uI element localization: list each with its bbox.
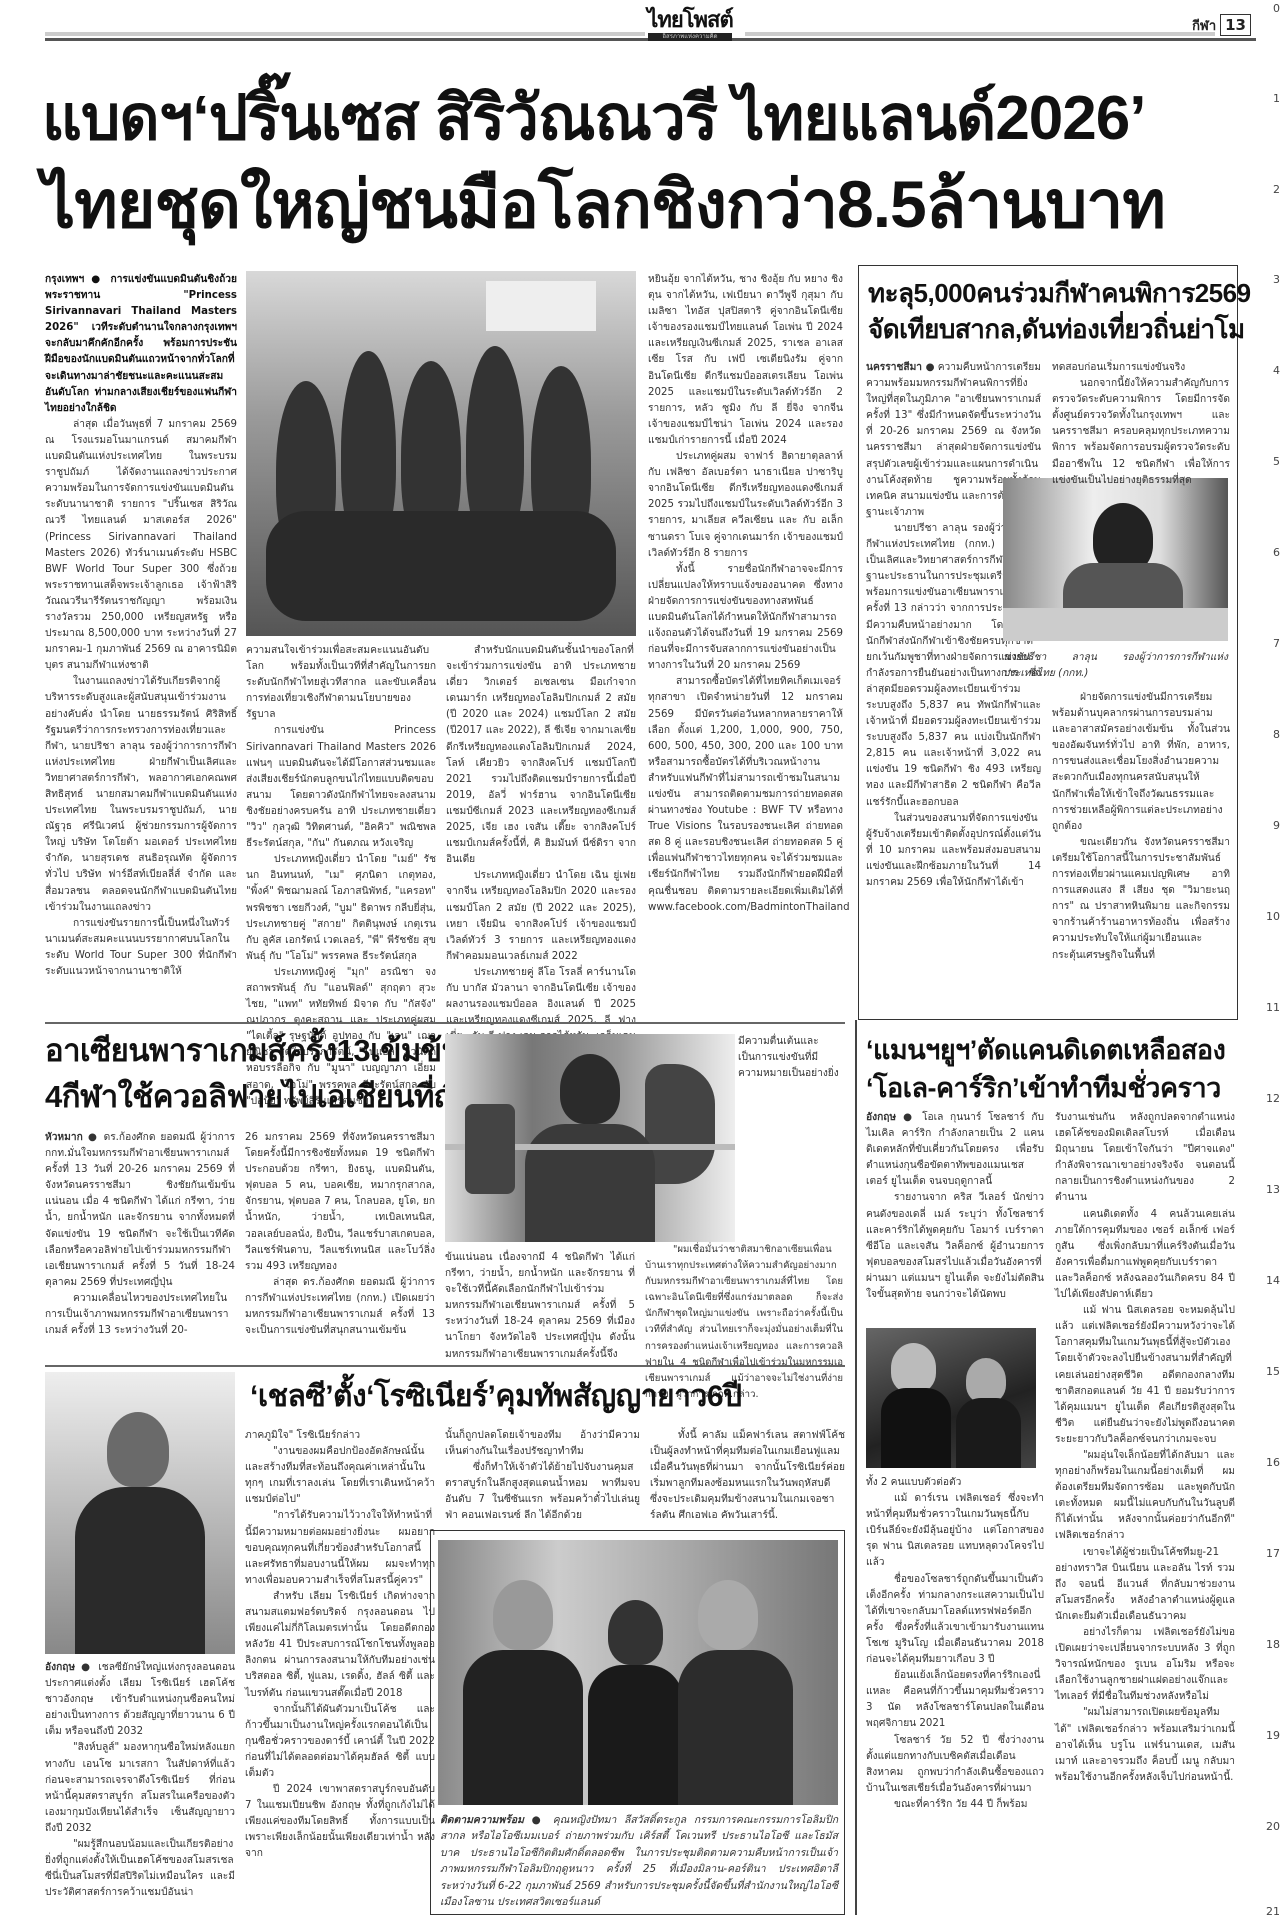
paragraph: ภาคภูมิใจ" โรซิเนียร์กล่าว [245,1428,435,1444]
paragraph: ล่าสุด ดร.ก้องศักด ยอดมณี ผู้ว่าการการกี… [245,1275,435,1339]
asean-para-column-3: ข้นแน่นอน เนื่องจากมี 4 ชนิดกีฬา ได้แก่ … [445,1250,635,1363]
row-number: 4 [1273,364,1280,377]
paragraph: สามารถซื้อบัตรได้ที่ไทยทิคเก็ตเมเจอร์ทุก… [648,674,843,915]
paragraph: อังกฤษ ● เชลซียักษ์ใหญ่แห่งกรุงลอนดอน ปร… [45,1660,235,1740]
man-utd-column-1: อังกฤษ ● โอเล กุนนาร์ โซลชาร์ กับไมเคิล … [866,1110,1044,1303]
row-number: 21 [1266,1905,1280,1918]
logo-title: ไทยโพสต์ [640,8,740,32]
man-utd-column-1-lower: ทั้ง 2 คนแบบตัวต่อตัว แม้ ดาร์เรน เฟลิตเ… [866,1475,1044,1813]
paragraph: อย่างไรก็ตาม เฟลิตเชอร์ยังไม่ขอเปิดเผยว่… [1055,1625,1235,1705]
row-number: 7 [1273,637,1280,650]
paragraph: ซึ่งก็ทำให้เจ้าตัวได้ย้ายไปจับงานคุมสตรา… [445,1460,640,1524]
banner-letter [645,1064,715,1184]
row-number: 18 [1266,1638,1280,1651]
row-number: 15 [1266,1365,1280,1378]
para-games-headline-line1: ทะลุ5,000คนร่วมกีฬาคนพิการ2569 [868,276,1251,310]
asean-para-headline-line1: อาเซียนพาราเกมส์ครั้ง13เข้มข้นแน่ [45,1030,502,1072]
lead-story-column-4: หยินอุ้ย จากไต้หวัน, ชาง ชิงอุ้ย กับ หยา… [648,272,843,916]
paragraph: รายงานจาก คริส วีเลอร์ นักข่าวคนดังของเด… [866,1190,1044,1303]
section-label: กีฬา 13 [1192,14,1251,36]
paragraph: ทั้ง 2 คนแบบตัวต่อตัว [866,1475,1044,1491]
rosenior-portrait-photo [45,1372,235,1654]
lead-paragraph: กรุงเทพฯ ● การแข่งขันแบดมินตันชิงถ้วยพระ… [45,272,237,417]
section-name: กีฬา [1192,15,1216,36]
row-number: 6 [1273,546,1280,559]
paragraph: แม้ ฟาน นิสเตลรอย จะหมดลุ้นไปแล้ว แต่เฟล… [1055,1303,1235,1448]
paragraph: แม้ ดาร์เรน เฟลิตเชอร์ ซึ่งจะทำหน้าที่คุ… [866,1491,1044,1571]
row-number: 13 [1266,1183,1280,1196]
ioc-meeting-photo [438,1540,838,1805]
dateline: หัวหมาก ● [45,1132,99,1143]
asean-para-column-2: 26 มกราคม 2569 ที่จังหวัดนครราชสีมา โดยค… [245,1130,435,1339]
row-number: 0 [1273,2,1280,15]
man-utd-headline-line1: ‘แมนฯยูฯ’ตัดแคนดิเดตเหลือสอง [866,1032,1225,1068]
official-photo-caption: นายปรีชา ลาลุน รองผู้ว่าการการกีฬาแห่งปร… [1003,650,1228,682]
row-number: 14 [1266,1274,1280,1287]
paragraph: ทั้งนี้ รายชื่อนักกีฬาอาจจะมีการเปลี่ยนแ… [648,562,843,675]
chelsea-column-1: อังกฤษ ● เชลซียักษ์ใหญ่แห่งกรุงลอนดอน ปร… [45,1660,235,1901]
asean-para-column-4: มีความตื่นเต้นและเป็นการแข่งขันที่มีความ… [738,1034,843,1082]
paragraph: หัวหมาก ● ดร.ก้องศักด ยอดมณี ผู้ว่าการ ก… [45,1130,235,1291]
event-banner [486,281,596,331]
lead-story-column-1: กรุงเทพฯ ● การแข่งขันแบดมินตันชิงถ้วยพระ… [45,272,237,980]
row-number: 5 [1273,455,1280,468]
paragraph: ประเภทคู่ผสม จาฟาร์ ฮิดายาตุลลาห์ กับ เฟ… [648,449,843,562]
paragraph: ในงานแถลงข่าวได้รับเกียรติจากผู้บริหารระ… [45,674,237,915]
row-number: 2 [1273,183,1280,196]
para-games-headline-line2: จัดเทียบสากล,ดันท่องเที่ยวถิ่นย่าโม [868,312,1245,346]
paragraph: โซลชาร์ วัย 52 ปี ซึ่งว่างงานตั้งแต่แยกท… [866,1733,1044,1797]
dateline: อังกฤษ ● [866,1112,915,1123]
paragraph: ขณะเดียวกัน จังหวัดนครราชสีมาเตรียมใช้โอ… [1052,835,1230,964]
chelsea-column-2: ภาคภูมิใจ" โรซิเนียร์กล่าว "งานของผมคือป… [245,1428,435,1863]
paragraph: นอกจากนี้ยังให้ความสำคัญกับการตรวจวัดระด… [1052,376,1230,489]
row-number: 16 [1266,1456,1280,1469]
weightlifter-photo [445,1034,735,1242]
row-number: 17 [1266,1547,1280,1560]
row-number: 9 [1273,819,1280,832]
paragraph: ฝ่ายจัดการแข่งขันมีการเตรียมพร้อมด้านบุค… [1052,690,1230,835]
paragraph: "งานของผมคือปกป้องอัตลักษณ์นั้น และสร้าง… [245,1444,435,1508]
chelsea-column-4: ทั้งนี้ คาลัม แม็คฟาร์เลน สตาฟฟ์โค้ช เป็… [650,1428,845,1525]
dateline: กรุงเทพฯ ● [45,274,104,285]
paragraph: ชื่อของโซลชาร์ถูกดันขึ้นมาเป็นตัวเต็งอีก… [866,1572,1044,1669]
paragraph: การแข่งขัน Princess Sirivannavari Thaila… [246,723,436,852]
logo-subtitle: อิสรภาพแห่งความคิด [648,33,732,41]
lead-headline-line1: แบดฯ‘ปริ๊นเซส สิริวัณณวรี ไทยแลนด์2026’ [42,80,1145,158]
chelsea-headline: ‘เชลซี’ตั้ง‘โรซิเนียร์’คุมทัพสัญญายาว6ปี [250,1375,742,1419]
paragraph: "สิงห์บลูส์" มองหากุนซือใหม่หลังแยกทางกั… [45,1740,235,1837]
asean-para-headline-line2: 4กีฬาใช้ควอลิฟายไปเอเชียนที่ญี่ปุ่น [45,1076,500,1118]
paragraph: อังกฤษ ● โอเล กุนนาร์ โซลชาร์ กับไมเคิล … [866,1110,1044,1190]
official-meeting-photo [1003,478,1228,641]
row-number: 11 [1266,1001,1280,1014]
row-number: 8 [1273,728,1280,741]
man-utd-column-2: รับงานเช่นกัน หลังถูกปลดจากตำแหน่งเฮดโค้… [1055,1110,1235,1786]
paragraph: ทั้งนี้ คาลัม แม็คฟาร์เลน สตาฟฟ์โค้ช เป็… [650,1428,845,1525]
paragraph: ความเคลื่อนไหวของประเทศไทยในการเป็นเจ้าภ… [45,1291,235,1339]
paragraph: นั้นก็ถูกปลดโดยเจ้าของทีม อ้างว่ามีความเ… [445,1428,640,1460]
paragraph: ความสนใจเข้าร่วมเพื่อสะสมคะแนนอันดับโลก … [246,643,436,723]
paragraph: ขณะที่คาร์ริก วัย 44 ปี ก็พร้อม [866,1797,1044,1813]
caption-text: คุณหญิงปัทมา ลีสวัสดิ์ตระกูล กรรมการคณะก… [440,1814,838,1908]
paragraph: "ผมอุ่นใจเล็กน้อยที่ได้กลับมา และทุกอย่า… [1055,1448,1235,1545]
man-utd-coaches-photo [866,1328,1036,1468]
paragraph: "ผมรู้สึกนอบน้อมและเป็นเกียรติอย่างยิ่งท… [45,1837,235,1901]
lead-headline-line2: ไทยชุดใหญ่ชนมือโลกชิงกว่า8.5ล้านบาท [42,165,1165,243]
column-divider [855,1020,857,1915]
para-games-column-2: ทดสอบก่อนเริ่มการแข่งขันจริง นอกจากนี้ยั… [1052,360,1230,489]
asean-para-column-1: หัวหมาก ● ดร.ก้องศักด ยอดมณี ผู้ว่าการ ก… [45,1130,235,1339]
paragraph: สำหรับนักแบดมินตันชั้นนำของโลกที่จะเข้าร… [446,643,636,868]
caption-label: ติดตามความพร้อม [440,1814,524,1826]
paragraph: จากนั้นก็ได้ผันตัวมาเป็นโค้ช และก้าวขึ้น… [245,1702,435,1782]
chelsea-column-3: นั้นก็ถูกปลดโดยเจ้าของทีม อ้างว่ามีความเ… [445,1428,640,1525]
paragraph: "ผมไม่สามารถเปิดเผยข้อมูลทีมได้" เฟลิตเช… [1055,1705,1235,1785]
masthead-bar-right [745,32,1215,36]
paragraph: ข้นแน่นอน เนื่องจากมี 4 ชนิดกีฬา ได้แก่ … [445,1250,635,1363]
page-number: 13 [1220,14,1251,36]
row-number: 20 [1266,1820,1280,1833]
paragraph: ปี 2024 เขาพาสตราสบูร์กจบอันดับ 7 ในแชมเ… [245,1782,435,1862]
row-number: 10 [1266,910,1280,923]
paragraph: มีความตื่นเต้นและเป็นการแข่งขันที่มีความ… [738,1034,843,1082]
dateline: นครราชสีมา ● [866,362,934,373]
paragraph: หยินอุ้ย จากไต้หวัน, ชาง ชิงอุ้ย กับ หยา… [648,272,843,449]
paragraph: ประเภทหญิงเดี่ยว นำโดย เฉิน ยู่เฟย จากจี… [446,868,636,965]
paragraph: เขาจะได้ผู้ช่วยเป็นโค้ชทีมยู-21 อย่างทรา… [1055,1545,1235,1625]
paragraph: 26 มกราคม 2569 ที่จังหวัดนครราชสีมา โดยค… [245,1130,435,1275]
paragraph: ล่าสุด เมื่อวันพุธที่ 7 มกราคม 2569 ณ โร… [45,417,237,675]
para-games-column-2-lower: ฝ่ายจัดการแข่งขันมีการเตรียมพร้อมด้านบุค… [1052,690,1230,964]
row-number: 1 [1273,92,1280,105]
masthead-bar-left [45,32,645,36]
row-number: 3 [1273,273,1280,286]
paragraph: "การได้รับความไว้วางใจให้ทำหน้าที่นี้มีค… [245,1508,435,1588]
ioc-photo-caption: ติดตามความพร้อม ● คุณหญิงปัทมา ลีสวัสดิ์… [440,1812,838,1910]
row-number: 19 [1266,1729,1280,1742]
paragraph: รับงานเช่นกัน หลังถูกปลดจากตำแหน่งเฮดโค้… [1055,1110,1235,1207]
paragraph: ประเภทหญิงเดี่ยว นำโดย "เมย์" รัชนก อินท… [246,852,436,965]
badminton-team-photo [246,271,636,636]
paragraph: ย้อนแย้งเล็กน้อยตรงที่คาร์ริกเองนี่แหละ … [866,1668,1044,1732]
paragraph: ในส่วนของสนามที่จัดการแข่งขันผู้รับจ้างเ… [866,811,1041,891]
paragraph: ทดสอบก่อนเริ่มการแข่งขันจริง [1052,360,1230,376]
paragraph: แคนดิเดตทั้ง 4 คนล้วนเคยเล่นภายใต้การคุม… [1055,1207,1235,1304]
man-utd-headline-line2: ‘โอเล-คาร์ริก’เข้าทำทีมชั่วคราว [866,1070,1221,1106]
paragraph: สำหรับ เลียม โรซิเนียร์ เกิดห่างจากสนามส… [245,1589,435,1702]
paragraph: การแข่งขันรายการนี้เป็นหนึ่งในทัวร์นาเมน… [45,916,237,980]
row-number: 12 [1266,1092,1280,1105]
newspaper-logo: ไทยโพสต์ อิสรภาพแห่งความคิด [640,8,740,41]
dateline: อังกฤษ ● [45,1662,93,1673]
section-divider [45,1022,845,1024]
